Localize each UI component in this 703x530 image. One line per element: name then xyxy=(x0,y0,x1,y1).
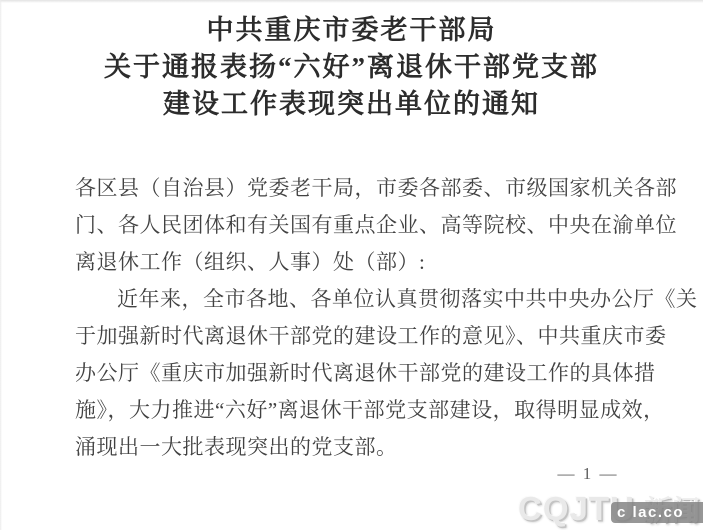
scanned-document-page: 中共重庆市委老干部局 关于通报表扬“六好”离退休干部党支部 建设工作表现突出单位… xyxy=(0,0,703,530)
document-title: 中共重庆市委老干部局 关于通报表扬“六好”离退休干部党支部 建设工作表现突出单位… xyxy=(0,12,703,123)
body-text-line: 离退休工作（组织、人事）处（部）: xyxy=(75,244,675,281)
watermark-overlay-badge: c lac.co xyxy=(611,502,703,523)
document-body: 各区县（自治县）党委老干局，市委各部委、市级国家机关各部 门、各人民团体和有关国… xyxy=(75,170,675,466)
body-text-line: 门、各人民团体和有关国有重点企业、高等院校、中央在渝单位 xyxy=(75,207,675,244)
body-text-line: 涌现出一大批表现突出的党支部。 xyxy=(75,429,675,466)
body-text-line: 办公厅《重庆市加强新时代离退休干部党的建设工作的具体措 xyxy=(75,355,675,392)
document-title-line-2: 关于通报表扬“六好”离退休干部党支部 xyxy=(0,49,703,86)
document-title-line-1: 中共重庆市委老干部局 xyxy=(0,12,703,49)
document-title-line-3: 建设工作表现突出单位的通知 xyxy=(0,86,703,123)
page-number: — 1 — xyxy=(540,464,636,484)
body-text-line: 近年来，全市各地、各单位认真贯彻落实中共中央办公厅《关 xyxy=(75,281,675,318)
body-text-line: 施》，大力推进“六好”离退休干部党支部建设，取得明显成效， xyxy=(75,392,675,429)
body-text-line: 于加强新时代离退休干部党的建设工作的意见》、中共重庆市委 xyxy=(75,318,675,355)
body-text-line: 各区县（自治县）党委老干局，市委各部委、市级国家机关各部 xyxy=(75,170,675,207)
